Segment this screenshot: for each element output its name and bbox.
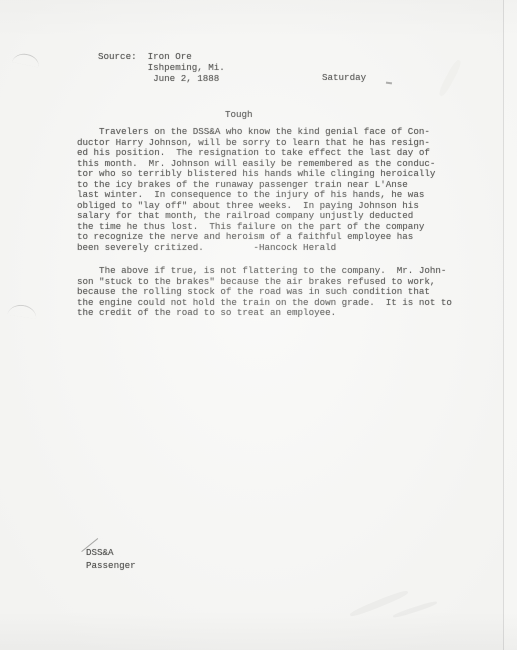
scanned-document-page: Source: Iron Ore Ishpeming, Mi. June 2, … [0, 0, 517, 650]
pencil-arc-mark-top [12, 51, 41, 67]
footer-notation: DSS&A Passenger [86, 547, 136, 572]
pencil-tick-mark [386, 82, 392, 84]
source-citation-block: Source: Iron Ore Ishpeming, Mi. June 2, … [98, 51, 225, 84]
scan-smudge-bottom [392, 600, 437, 619]
scan-smudge-top-right [437, 58, 463, 97]
page-edge-strip [504, 0, 517, 650]
pencil-arc-mark-middle [7, 303, 37, 319]
article-paragraph-2: The above if true, is not flattering to … [77, 266, 452, 319]
weekday-label: Saturday [322, 73, 366, 84]
article-title: Tough [225, 110, 253, 121]
page-edge-crease [503, 0, 504, 650]
article-paragraph-1: Travelers on the DSS&A who know the kind… [77, 127, 435, 253]
scan-smudge-bottom [349, 589, 409, 619]
